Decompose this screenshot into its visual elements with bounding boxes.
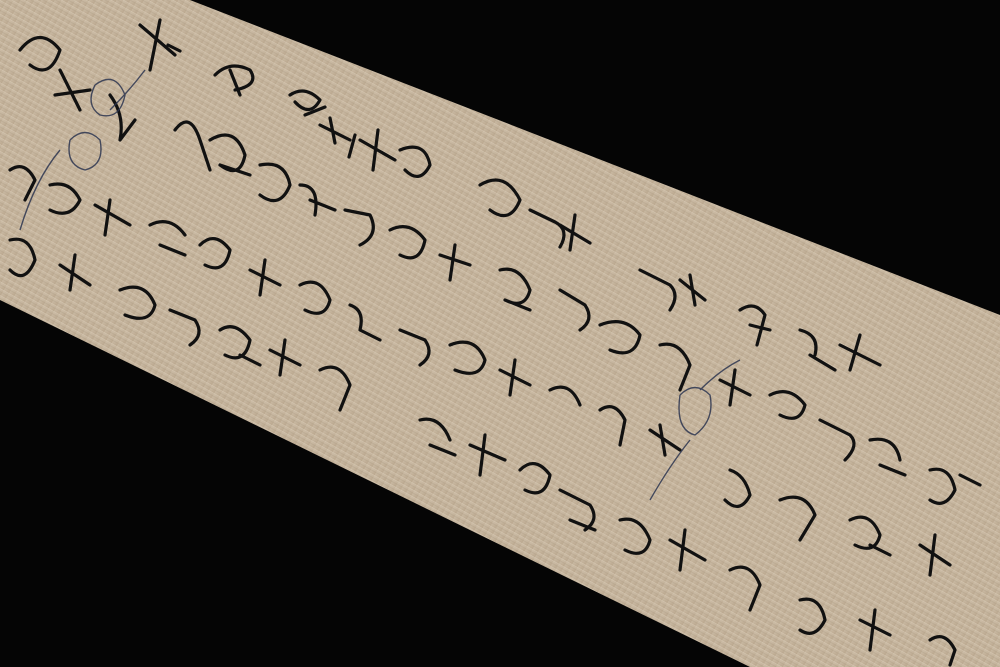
paper-scroll (0, 0, 1000, 667)
scroll-photo (0, 0, 1000, 667)
photo-scene (0, 0, 1000, 667)
